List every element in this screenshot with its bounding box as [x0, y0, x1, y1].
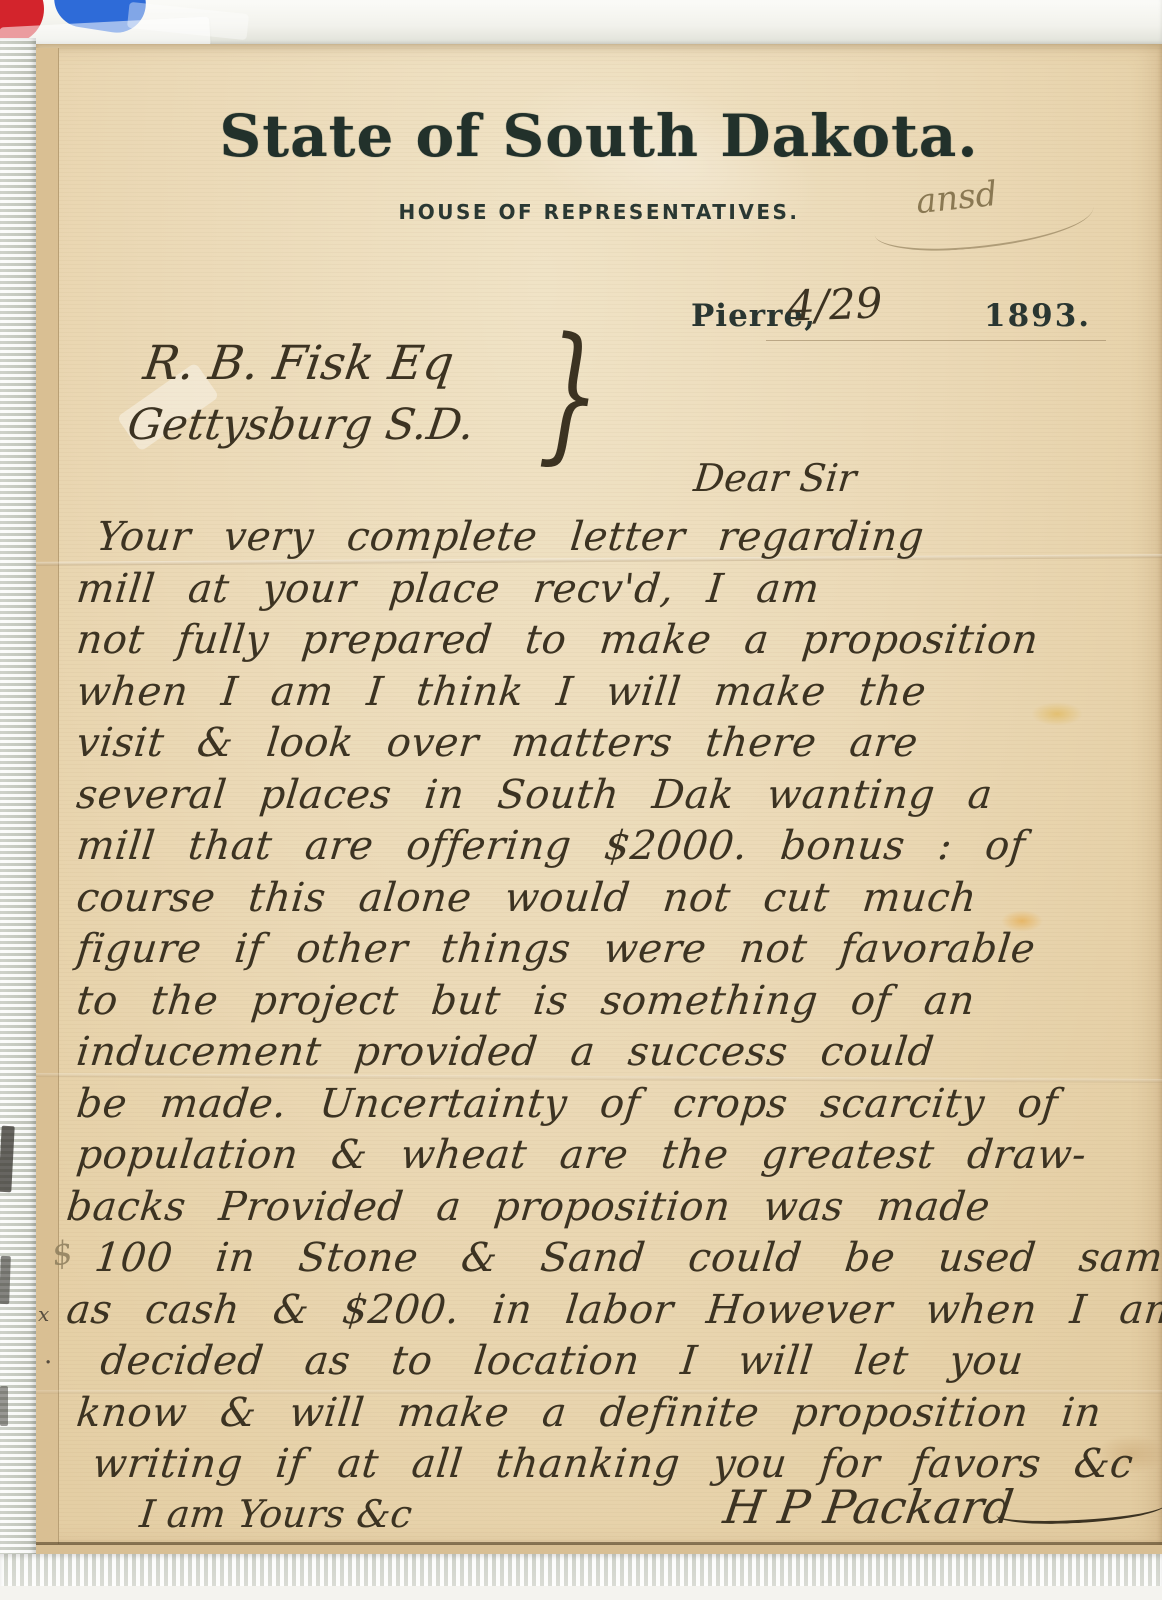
body-line: mill that are offering $2000. bonus : of	[74, 821, 1162, 873]
body-line: Your very complete letter regarding	[94, 512, 1162, 564]
under-sheet-bottom-edge	[36, 1545, 1162, 1554]
margin-mark: .	[44, 1340, 52, 1370]
sleeve-shadow-mark	[0, 1256, 11, 1304]
signature: H P Packard	[720, 1480, 1017, 1534]
body-line: course this alone would not cut much	[74, 873, 1162, 925]
recipient-name: R. B. Fisk Eq	[140, 336, 457, 391]
signature-flourish	[996, 1493, 1162, 1526]
body-line: to the project but is something of an	[74, 976, 1162, 1028]
body-line: backs Provided a proposition was made	[64, 1182, 1162, 1234]
handwritten-date: 4/29	[787, 278, 883, 330]
recipient-address: Gettysburg S.D.	[124, 400, 477, 450]
body-line: inducement provided a success could	[74, 1027, 1162, 1079]
body-line: population & wheat are the greatest draw…	[74, 1130, 1162, 1182]
valediction: I am Yours &c	[138, 1492, 414, 1536]
body-line: mill at your place recv'd, I am	[74, 564, 1162, 616]
body-line: visit & look over matters there are	[74, 718, 1162, 770]
annotation-swash-flourish	[872, 186, 1095, 255]
body-line: figure if other things were not favorabl…	[74, 924, 1162, 976]
plastic-sleeve-top	[0, 0, 1162, 46]
body-line: 100 in Stone & Sand could be used same	[92, 1233, 1162, 1285]
letterhead-title: State of South Dakota.	[36, 102, 1162, 170]
dateline-year: 1893.	[984, 298, 1091, 334]
body-line: not fully prepared to make a proposition	[74, 615, 1162, 667]
scanned-letter-photo: State of South Dakota. HOUSE OF REPRESEN…	[0, 0, 1162, 1600]
plastic-sleeve-crimped-edge	[0, 38, 36, 1566]
body-line: know & will make a definite proposition …	[74, 1388, 1162, 1440]
body-line: when I am I think I will make the	[74, 667, 1162, 719]
background	[0, 1586, 1162, 1600]
sleeve-shadow-mark	[0, 1386, 8, 1426]
salutation: Dear Sir	[692, 456, 859, 500]
body-line: as cash & $200. in labor However when I …	[64, 1285, 1162, 1337]
margin-mark: x	[38, 1302, 49, 1326]
body-line: several places in South Dak wanting a	[74, 770, 1162, 822]
brace-flourish: }	[538, 316, 604, 472]
body-line: decided as to location I will let you	[98, 1336, 1162, 1388]
letter-paper: State of South Dakota. HOUSE OF REPRESEN…	[36, 44, 1162, 1546]
body-line: be made. Uncertainty of crops scarcity o…	[74, 1079, 1162, 1131]
sleeve-shadow-mark	[0, 1126, 15, 1193]
plastic-sleeve-bottom	[0, 1554, 1162, 1588]
letter-body: Your very complete letter regarding mill…	[64, 512, 1162, 1491]
